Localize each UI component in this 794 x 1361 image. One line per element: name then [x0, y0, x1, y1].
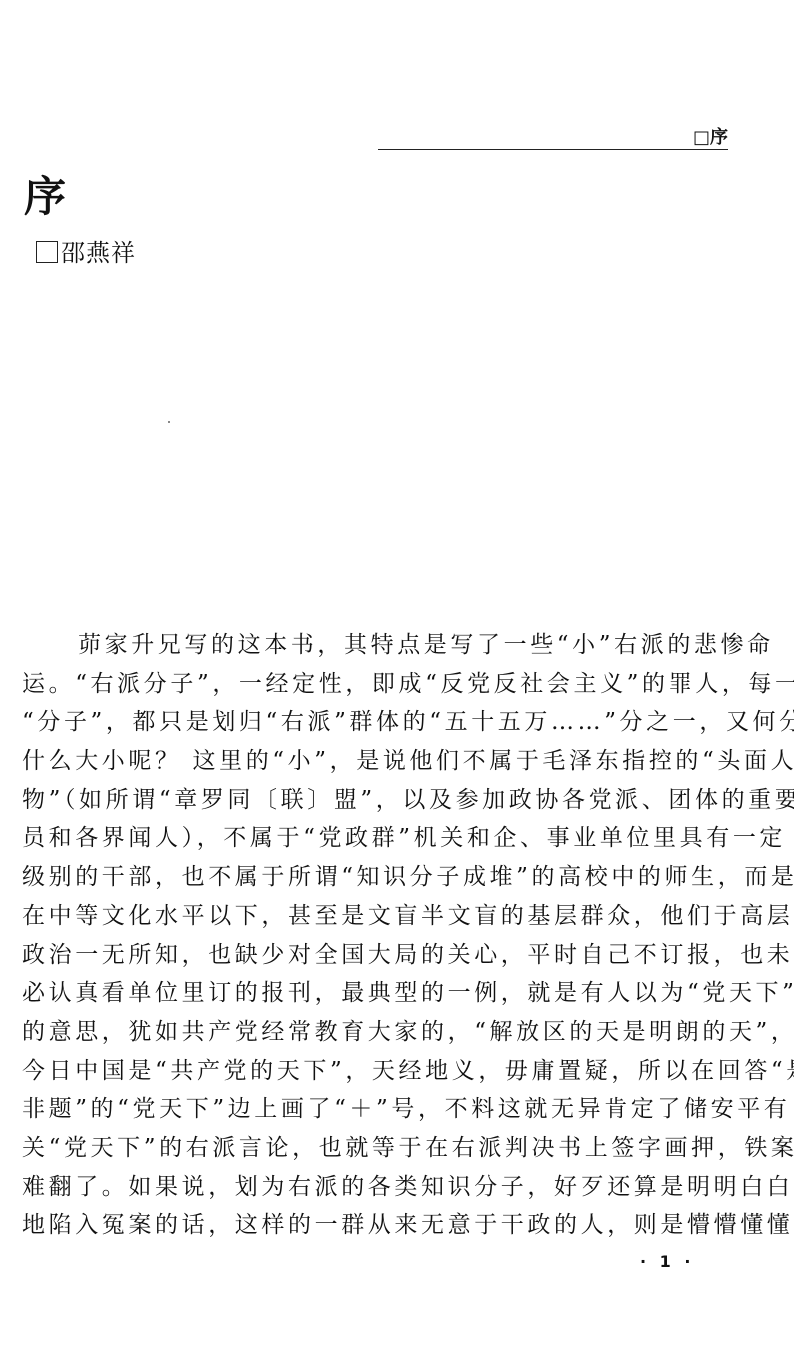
text-line: 难翻了。如果说，划为右派的各类知识分子，好歹还算是明明白白 [22, 1168, 728, 1207]
scan-speck [168, 421, 170, 423]
running-header: □序 [378, 126, 728, 154]
page-number: · 1 · [640, 1252, 694, 1272]
text-line: 非题”的“党天下”边上画了“＋”号，不料这就无异肯定了储安平有 [22, 1090, 728, 1129]
text-line: 运。“右派分子”，一经定性，即成“反党反社会主义”的罪人，每一 [22, 665, 728, 704]
text-line: 必认真看单位里订的报刊，最典型的一例，就是有人以为“党天下” [22, 974, 728, 1013]
running-header-title: □序 [693, 126, 728, 150]
chapter-title: 序 [24, 172, 66, 222]
author-name: 邵燕祥 [61, 239, 136, 267]
text-line: 在中等文化水平以下，甚至是文盲半文盲的基层群众，他们于高层 [22, 897, 728, 936]
text-line: 物”（如所谓“章罗同〔联〕盟”，以及参加政协各党派、团体的重要成 [22, 781, 728, 820]
text-line: 员和各界闻人），不属于“党政群”机关和企、事业单位里具有一定 [22, 819, 728, 858]
text-line: 的意思，犹如共产党经常教育大家的，“解放区的天是明朗的天”， [22, 1013, 728, 1052]
text-line: 级别的干部，也不属于所谓“知识分子成堆”的高校中的师生，而是 [22, 858, 728, 897]
text-line: 茆家升兄写的这本书，其特点是写了一些“小”右派的悲惨命 [22, 626, 728, 665]
text-line: 今日中国是“共产党的天下”，天经地义，毋庸置疑，所以在回答“是 [22, 1052, 728, 1091]
header-rule [378, 149, 728, 150]
text-line: 关“党天下”的右派言论，也就等于在右派判决书上签字画押，铁案 [22, 1129, 728, 1168]
text-line: 什么大小呢？ 这里的“小”，是说他们不属于毛泽东指控的“头面人 [22, 742, 728, 781]
text-line: “分子”，都只是划归“右派”群体的“五十五万……”分之一，又何分 [22, 703, 728, 742]
text-line: 地陷入冤案的话，这样的一群从来无意于干政的人，则是懵懵懂懂 [22, 1206, 728, 1245]
body-paragraph: 茆家升兄写的这本书，其特点是写了一些“小”右派的悲惨命 运。“右派分子”，一经定… [22, 626, 728, 1245]
author-line: 邵燕祥 [36, 237, 136, 269]
text-line: 政治一无所知，也缺少对全国大局的关心，平时自己不订报，也未 [22, 936, 728, 975]
box-bullet-icon [36, 241, 58, 263]
